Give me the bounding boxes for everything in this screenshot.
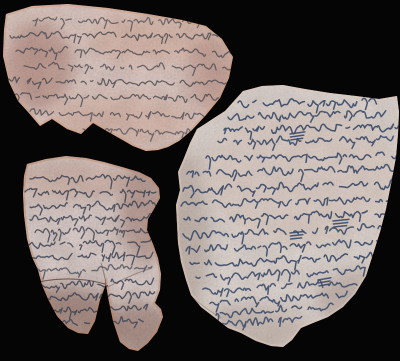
ostraca-photo <box>0 0 400 361</box>
photo-canvas <box>0 0 400 361</box>
